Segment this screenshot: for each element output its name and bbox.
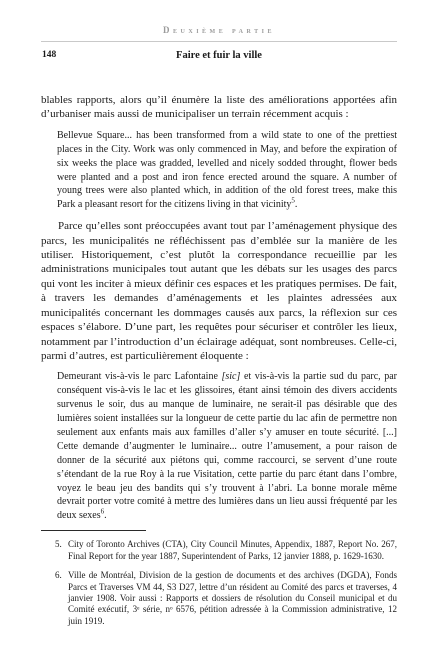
header-row: 148 Faire et fuir la ville <box>41 50 397 63</box>
footnote-6-number: 6. <box>55 570 68 627</box>
part-label: Deuxième partie <box>41 25 397 35</box>
footnote-5-number: 5. <box>55 539 68 562</box>
page-number: 148 <box>42 50 56 60</box>
quote1-end-punctuation: . <box>295 199 298 210</box>
footnote-5: 5. City of Toronto Archives (CTA), City … <box>55 539 397 562</box>
book-page: Deuxième partie 148 Faire et fuir la vil… <box>0 0 432 648</box>
running-head: Deuxième partie 148 Faire et fuir la vil… <box>41 25 397 63</box>
page-body: blables rapports, alors qu’il énumère la… <box>41 93 397 523</box>
quote1-text: Bellevue Square... has been transformed … <box>57 130 397 211</box>
footnote-separator-rule <box>41 530 146 531</box>
sic-marker: [sic] <box>221 371 240 382</box>
quote2-end-punctuation: . <box>104 510 107 521</box>
chapter-title: Faire et fuir la ville <box>41 50 397 61</box>
quote2-text-before-sic: Demeurant vis-à-vis le parc Lafontaine <box>57 371 221 382</box>
paragraph-parcs-reflexion: Parce qu’elles sont préoccupées avant to… <box>41 219 397 363</box>
footnotes-section: 5. City of Toronto Archives (CTA), City … <box>41 530 397 627</box>
header-rule <box>41 41 397 42</box>
footnote-5-text: City of Toronto Archives (CTA), City Cou… <box>68 539 397 562</box>
blockquote-parc-lafontaine: Demeurant vis-à-vis le parc Lafontaine [… <box>57 370 397 523</box>
footnote-6-text: Ville de Montréal, Division de la gestio… <box>68 570 397 627</box>
blockquote-bellevue-square: Bellevue Square... has been transformed … <box>57 129 397 212</box>
paragraph-continuation: blables rapports, alors qu’il énumère la… <box>41 93 397 122</box>
footnote-6: 6. Ville de Montréal, Division de la ges… <box>55 570 397 627</box>
quote2-text-after-sic: et vis-à-vis la partie sud du parc, par … <box>57 371 397 521</box>
